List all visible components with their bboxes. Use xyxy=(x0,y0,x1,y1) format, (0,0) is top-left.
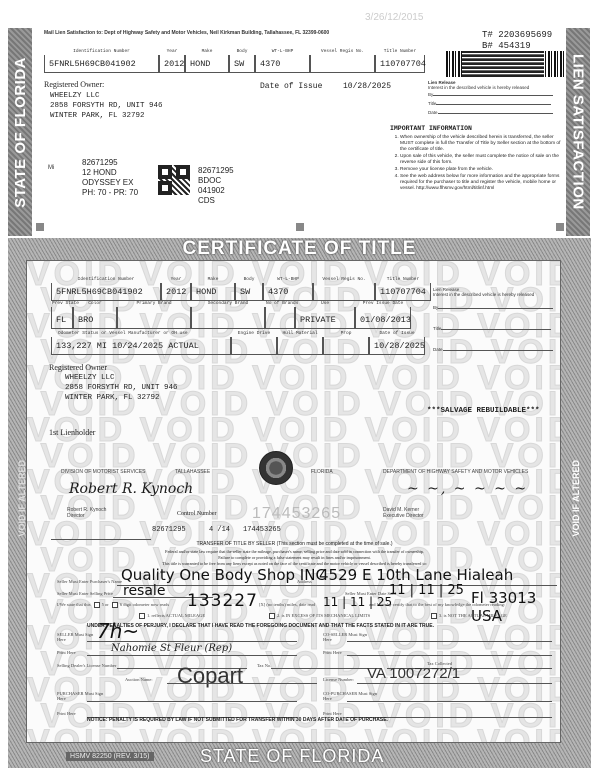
department-label: DEPARTMENT OF HIGHWAY SAFETY AND MOTOR V… xyxy=(383,469,528,475)
lien-satisfaction-band: LIEN SATISFACTION xyxy=(566,28,590,236)
certificate-body: VOID VOID VOID VOID VOID VOID VOID VOID … xyxy=(26,260,561,743)
state-seal-icon xyxy=(259,451,293,485)
stub-vessel-field: Vessel Regis No. xyxy=(310,55,375,73)
seller-signature[interactable]: 7h~ xyxy=(97,619,139,643)
purchaser-address-line-2[interactable]: Fl 33013 USA xyxy=(471,589,560,625)
transfer-law-2: Failure to complete or providing a false… xyxy=(27,555,562,560)
qr-code xyxy=(158,165,190,195)
certify-statement: and I hereby certify that to the best of… xyxy=(369,602,505,607)
cert-year-field: Year2012 xyxy=(161,283,191,301)
not-actual-mileage-option: 3. is NOT THE ACTUAL MILEAGE xyxy=(429,613,507,619)
mailing-block-vehicle: 82671295 12 HOND ODYSSEY EX PH: 70 - PR:… xyxy=(82,158,138,198)
stub-year-field: Year2012 xyxy=(159,55,185,73)
cert-body-field: BodySW xyxy=(235,283,263,301)
penalty-notice: NOTICE: PENALTY IS REQUIRED BY LAW IF NO… xyxy=(87,717,388,723)
copurchaser-sign-label: CO-PURCHASER Must Sign Here xyxy=(323,691,383,701)
purchaser-name-label: Seller Must Enter Purchaser's Name xyxy=(57,579,122,584)
form-id: HSMV 82250 (REV. 3/15) xyxy=(66,752,154,761)
void-if-altered-band: VOID IF ALTERED xyxy=(565,298,587,698)
dealer-license-label: Selling Dealer's License Number xyxy=(57,663,116,668)
transfer-law-1: Federal and/or state law require that th… xyxy=(27,549,562,554)
t-number: T# 2203695699 xyxy=(482,30,552,40)
not-actual-mileage-checkbox[interactable] xyxy=(431,613,437,619)
cert-engine-drive-field: Engine Drive xyxy=(231,337,277,355)
executive-director-name: David M. Kerner Executive Director xyxy=(383,507,424,519)
certificate-of-title: CERTIFICATE OF TITLE VOID IF ALTERED VOI… xyxy=(8,238,591,768)
cert-odometer-row: Odometer Status or Vessel Manufacturer o… xyxy=(51,337,425,355)
director-signature: Robert R. Kynoch xyxy=(69,481,193,497)
seller-print-label: Print Here xyxy=(57,650,76,655)
certificate-heading: CERTIFICATE OF TITLE xyxy=(8,238,591,260)
cert-date-of-issue-field: Date of Issue10/28/2025 xyxy=(369,337,425,355)
stub-owner-address: WHEELZY LLC 2858 FORSYTH RD, UNIT 946 WI… xyxy=(50,91,163,121)
state-of-florida-band: STATE OF FLORIDA xyxy=(8,28,32,236)
cert-prev-state-field: Prev StateFL xyxy=(51,307,73,329)
faded-stamp: 3/26/12/2015 xyxy=(365,12,423,23)
mail-code: Mi xyxy=(48,165,54,171)
actual-mileage-checkbox[interactable] xyxy=(139,613,145,619)
registration-mark xyxy=(296,223,304,231)
cert-odometer-field: Odometer Status or Vessel Manufacturer o… xyxy=(51,337,231,355)
stub-weight-field: WT-L-BHP4370 xyxy=(255,55,310,73)
cert-no-of-brands-field: No of Brands xyxy=(265,307,295,329)
cert-use-field: UsePRIVATE xyxy=(295,307,355,329)
footer-state-of-florida: STATE OF FLORIDA xyxy=(200,746,384,767)
five-digit-checkbox[interactable] xyxy=(94,602,100,608)
cert-secondary-brand-field: Secondary Brand xyxy=(191,307,265,329)
division-label: DIVISION OF MOTORIST SERVICES xyxy=(61,469,145,475)
cert-primary-brand-field: Primary Brand xyxy=(117,307,191,329)
actual-mileage-option: 1. reflects ACTUAL MILEAGE xyxy=(137,613,205,619)
six-digit-checkbox[interactable] xyxy=(112,602,118,608)
license-number-stamp: VA 1007272/1 xyxy=(367,665,460,682)
purchaser-print-label: Print Here xyxy=(57,711,76,716)
stub-date-of-issue: 10/28/2025 xyxy=(343,82,391,91)
stub-make-field: MakeHOND xyxy=(185,55,229,73)
address-label: Address xyxy=(297,579,312,584)
coseller-print-label: Print Here xyxy=(323,650,342,655)
purchaser-address-field[interactable]: 4529 E 10th Lane Hialeah xyxy=(319,566,513,584)
excess-mileage-checkbox[interactable] xyxy=(269,613,275,619)
important-information: IMPORTANT INFORMATION When ownership of … xyxy=(390,126,565,193)
auction-name-label: Auction Name: xyxy=(125,677,153,682)
excess-mileage-option: 2. is IN EXCESS OF ITS MECHANICAL LIMITS xyxy=(267,613,370,619)
florida-label: FLORIDA xyxy=(311,469,333,475)
control-number-label: Control Number xyxy=(177,511,217,517)
cert-brand-row: Prev StateFL ColorBRO Primary Brand Seco… xyxy=(51,307,411,329)
odometer-reading-field[interactable]: 133227 xyxy=(187,591,258,611)
cert-hull-material-field: Hull Material xyxy=(277,337,323,355)
cert-make-field: MakeHOND xyxy=(191,283,235,301)
cert-owner-address: WHEELZY LLC 2858 FORSYTH RD, UNIT 946 WI… xyxy=(65,373,178,403)
date-sold-field[interactable]: 11 | 11 | 25 xyxy=(389,583,464,598)
batch-id: 82671295 xyxy=(152,526,186,534)
license-number-label: License Number: xyxy=(323,677,354,682)
cert-title-number-field: Title Number110707704 xyxy=(375,283,431,301)
director-name: Robert R. Kynoch Director xyxy=(67,507,106,519)
cert-color-field: ColorBRO xyxy=(73,307,117,329)
seller-printed-name[interactable]: Nahomie St Fleur (Rep) xyxy=(111,643,232,654)
selling-price-field[interactable]: resale xyxy=(123,583,165,599)
cert-vessel-field: Vessel Regis No. xyxy=(313,283,375,301)
selling-price-label: Seller Must Enter Selling Price xyxy=(57,591,113,596)
odometer-statement: I/We state that this 5 or 6 digit odomet… xyxy=(57,602,169,608)
cert-prev-issue-date-field: Prev Issue Date01/08/2013 xyxy=(355,307,411,329)
batch-page: 4 /14 xyxy=(209,526,230,534)
salvage-brand-notice: ***SALVAGE REBUILDABLE*** xyxy=(427,407,540,415)
batch-control: 174453265 xyxy=(243,526,281,534)
control-number: 174453265 xyxy=(252,505,341,523)
cert-lien-release: Lien Release Interest in the described v… xyxy=(433,287,558,352)
purchaser-sign-label: PURCHASER Must Sign Here xyxy=(57,691,107,701)
registration-mark xyxy=(556,223,564,231)
stub-body-field: BodySW xyxy=(229,55,255,73)
cert-vin-field: Identification Number5FNRL5H69CB041902 xyxy=(51,283,161,301)
copurchaser-print-label: Print Here xyxy=(323,711,342,716)
stub-lien-release: Lien Release Interest in the described v… xyxy=(428,80,558,115)
transfer-heading: TRANSFER OF TITLE BY SELLER (This sectio… xyxy=(27,541,562,547)
tallahassee-label: TALLAHASSEE xyxy=(175,469,210,475)
stub-registered-owner-label: Registered Owner: xyxy=(44,80,104,89)
mailing-block-codes: 82671295 BDOC 041902 CDS xyxy=(198,166,234,206)
stub-date-of-issue-label: Date of Issue xyxy=(260,82,322,91)
stub-title-number-field: Title Number110707704 xyxy=(375,55,425,73)
first-lienholder-label: 1st Lienholder xyxy=(49,428,95,437)
cert-registered-owner-label: Registered Owner xyxy=(49,363,107,372)
certificate-footer: HSMV 82250 (REV. 3/15) STATE OF FLORIDA xyxy=(8,743,591,768)
pdf417-barcode xyxy=(446,51,564,77)
cert-weight-field: WT-L-BHP4370 xyxy=(263,283,313,301)
cert-prop-field: Prop xyxy=(323,337,369,355)
stub-vin-field: Identification Number5FNRL5H69CB041902 xyxy=(44,55,159,73)
b-number: B# 454319 xyxy=(482,41,531,51)
registration-mark xyxy=(36,223,44,231)
mail-address-line: Mail Lien Satisfaction to: Dept of Highw… xyxy=(44,30,329,36)
tax-no-label: Tax No. xyxy=(257,663,271,668)
stub-vehicle-fields: Identification Number5FNRL5H69CB041902 Y… xyxy=(44,55,425,73)
executive-director-signature: ~ ~, ~ ~ ~ ~ xyxy=(407,481,528,497)
cert-vehicle-row: Identification Number5FNRL5H69CB041902 Y… xyxy=(51,283,431,301)
purchaser-name-field[interactable]: Quality One Body Shop INC xyxy=(121,566,326,584)
tenths-box: [X] (no tenths) miles, date read xyxy=(259,602,315,607)
auction-name-stamp: Copart xyxy=(177,663,243,689)
